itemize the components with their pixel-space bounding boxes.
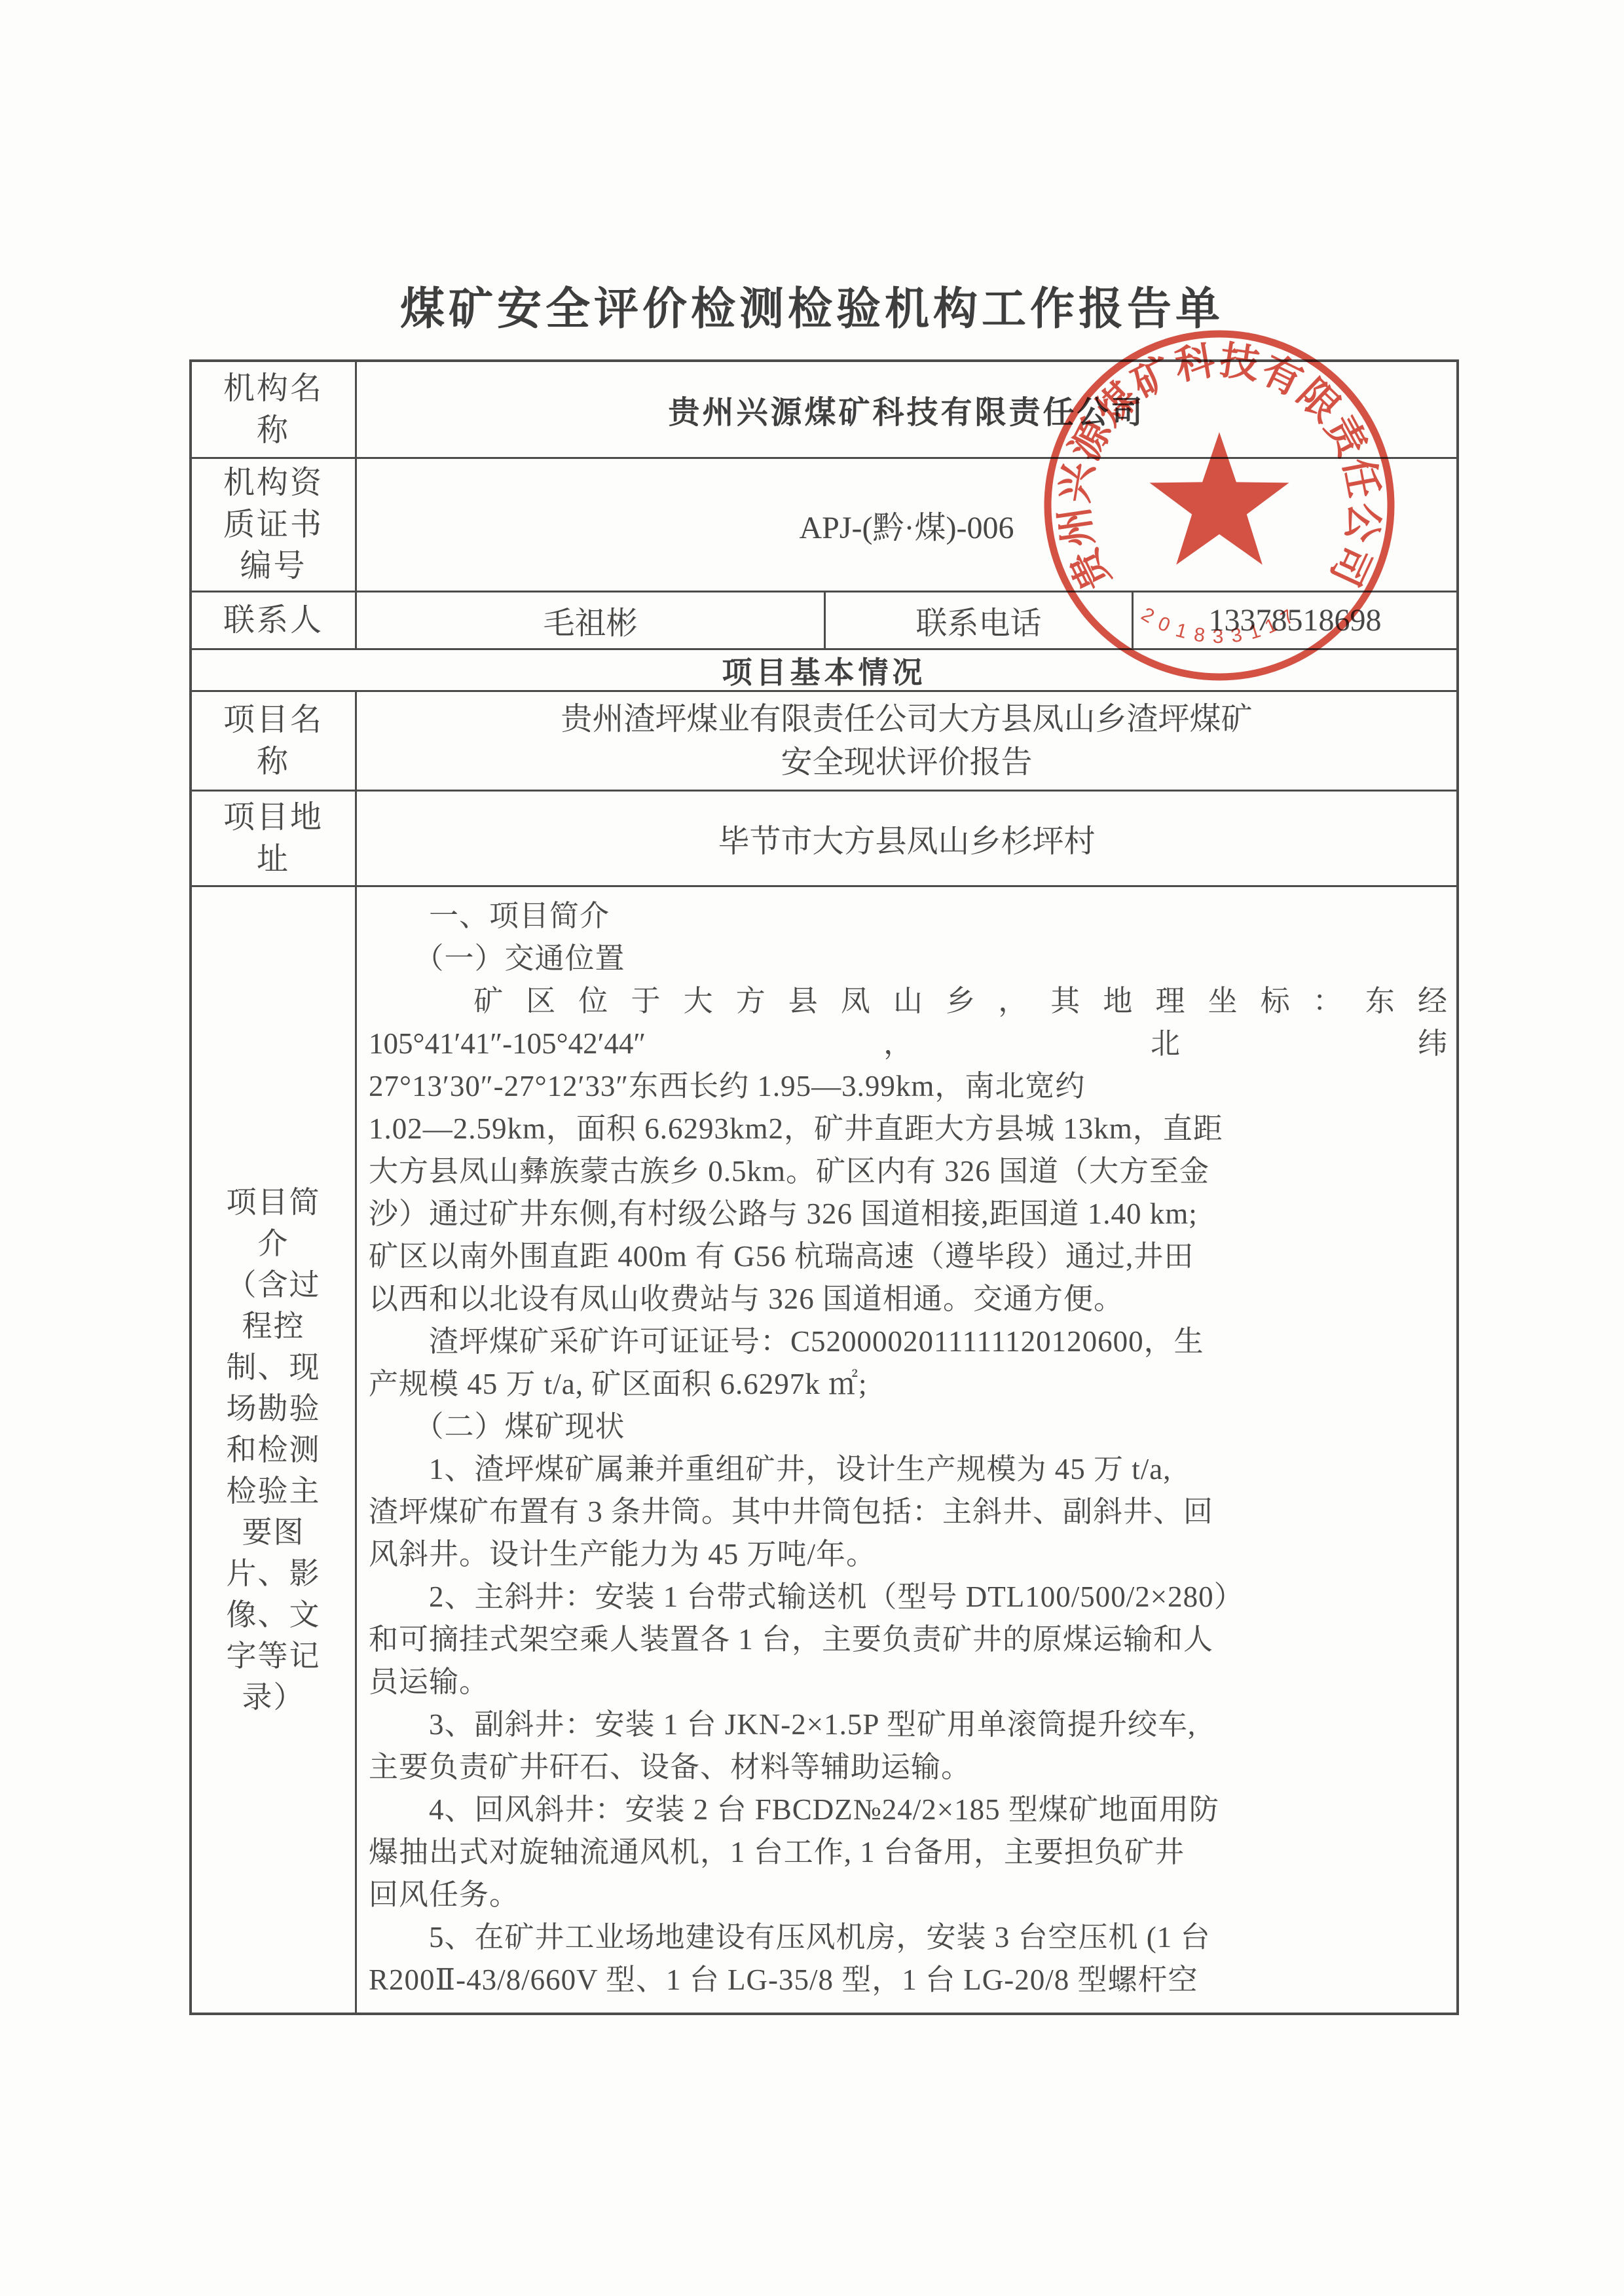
contact-name: 毛祖彬 bbox=[357, 592, 826, 648]
project-name-label: 项目名称 bbox=[218, 699, 329, 782]
project-name-label-cell: 项目名称 bbox=[192, 692, 357, 790]
intro-body-line: 105°41′41″-105°42′44″，北纬 bbox=[369, 1023, 1447, 1065]
report-table: 机构名称 贵州兴源煤矿科技有限责任公司 机构资质证书编号 APJ-(黔·煤)-0… bbox=[189, 359, 1459, 2015]
intro-label-line: 制、现 bbox=[227, 1347, 321, 1388]
contact-label: 联系人 bbox=[218, 600, 329, 641]
intro-body-line: 1、渣坪煤矿属兼并重组矿井，设计生产规模为 45 万 t/a, bbox=[369, 1448, 1447, 1491]
table-row-contact: 联系人 毛祖彬 联系电话 13378518698 bbox=[192, 592, 1456, 650]
contact-label-cell: 联系人 bbox=[192, 592, 357, 648]
intro-body-line: 1.02—2.59km，面积 6.6293km2，矿井直距大方县城 13km，直… bbox=[369, 1108, 1447, 1150]
intro-body-line: 回风任务。 bbox=[369, 1874, 1447, 1916]
intro-body-line: 员运输。 bbox=[369, 1661, 1447, 1704]
project-name-line: 安全现状评价报告 bbox=[357, 741, 1456, 784]
org-name-value: 贵州兴源煤矿科技有限责任公司 bbox=[357, 362, 1456, 457]
project-address-value: 毕节市大方县凤山乡杉坪村 bbox=[357, 792, 1456, 885]
table-row-cert: 机构资质证书编号 APJ-(黔·煤)-006 bbox=[192, 459, 1456, 592]
intro-label-line: 检验主 bbox=[227, 1470, 321, 1512]
intro-body-line: 和可摘挂式架空乘人装置各 1 台，主要负责矿井的原煤运输和人 bbox=[369, 1618, 1447, 1661]
intro-body-line: 沙）通过矿井东侧,有村级公路与 326 国道相接,距国道 1.40 km; bbox=[369, 1193, 1447, 1235]
intro-label: 项目简介（含过程控制、现场勘验和检测检验主要图片、影像、文字等记录） bbox=[192, 887, 357, 2013]
intro-body-line: 渣坪煤矿布置有 3 条井筒。其中井筒包括：主斜井、副斜井、回 bbox=[369, 1491, 1447, 1533]
intro-body-line: （一）交通位置 bbox=[369, 938, 1447, 980]
intro-label-line: 场勘验 bbox=[227, 1388, 321, 1429]
intro-label-line: 要图 bbox=[242, 1512, 305, 1553]
intro-body-text: 一、项目简介 （一）交通位置 矿区位于大方县凤山乡，其地理坐标：东经105°41… bbox=[357, 887, 1456, 2013]
intro-body-line: 风斜井。设计生产能力为 45 万吨/年。 bbox=[369, 1533, 1447, 1576]
org-name-label-cell: 机构名称 bbox=[192, 362, 357, 457]
cert-label-cell: 机构资质证书编号 bbox=[192, 459, 357, 591]
phone-number: 13378518698 bbox=[1134, 592, 1456, 648]
intro-body-line: 3、副斜井：安装 1 台 JKN-2×1.5P 型矿用单滚筒提升绞车, bbox=[369, 1704, 1447, 1746]
intro-body-line: 矿区以南外围直距 400m 有 G56 杭瑞高速（遵毕段）通过,井田 bbox=[369, 1235, 1447, 1278]
phone-label: 联系电话 bbox=[826, 592, 1134, 648]
intro-label-line: 介 bbox=[258, 1223, 289, 1264]
intro-label-line: 片、影 bbox=[227, 1553, 321, 1594]
page-title: 煤矿安全评价检测检验机构工作报告单 bbox=[0, 274, 1624, 337]
org-name-label: 机构名称 bbox=[218, 368, 329, 451]
intro-body-line: 主要负责矿井矸石、设备、材料等辅助运输。 bbox=[369, 1746, 1447, 1789]
table-row-section-header: 项目基本情况 bbox=[192, 650, 1456, 692]
project-address-label: 项目地址 bbox=[218, 797, 329, 880]
intro-body-line: 27°13′30″-27°12′33″东西长约 1.95—3.99km，南北宽约 bbox=[369, 1065, 1447, 1108]
intro-body-line: 大方县凤山彝族蒙古族乡 0.5km。矿区内有 326 国道（大方至金 bbox=[369, 1150, 1447, 1193]
intro-body-line: 2、主斜井：安装 1 台带式输送机（型号 DTL100/500/2×280） bbox=[369, 1576, 1447, 1618]
intro-label-line: 像、文 bbox=[227, 1594, 321, 1635]
table-row-intro: 项目简介（含过程控制、现场勘验和检测检验主要图片、影像、文字等记录） 一、项目简… bbox=[192, 887, 1456, 2013]
project-address-label-cell: 项目地址 bbox=[192, 792, 357, 885]
intro-body-line: 一、项目简介 bbox=[369, 895, 1447, 938]
intro-body-line: （二）煤矿现状 bbox=[369, 1406, 1447, 1448]
intro-body-line: 爆抽出式对旋轴流通风机，1 台工作, 1 台备用，主要担负矿井 bbox=[369, 1831, 1447, 1874]
section-header: 项目基本情况 bbox=[192, 650, 1456, 690]
intro-body-line: R200Ⅱ-43/8/660V 型、1 台 LG-35/8 型，1 台 LG-2… bbox=[369, 1959, 1447, 2001]
cert-value: APJ-(黔·煤)-006 bbox=[357, 459, 1456, 591]
intro-label-line: 和检测 bbox=[227, 1429, 321, 1470]
scanned-report-page: 煤矿安全评价检测检验机构工作报告单 机构名称 贵州兴源煤矿科技有限责任公司 机构… bbox=[0, 0, 1624, 2296]
intro-label-line: 项目简 bbox=[227, 1182, 321, 1223]
intro-body-line: 5、在矿井工业场地建设有压风机房，安装 3 台空压机 (1 台 bbox=[369, 1916, 1447, 1959]
intro-label-line: 录） bbox=[242, 1677, 305, 1718]
table-row-org-name: 机构名称 贵州兴源煤矿科技有限责任公司 bbox=[192, 362, 1456, 459]
project-name-value: 贵州渣坪煤业有限责任公司大方县凤山乡渣坪煤矿安全现状评价报告 bbox=[357, 692, 1456, 790]
intro-label-line: 字等记 bbox=[227, 1635, 321, 1677]
cert-label: 机构资质证书编号 bbox=[218, 462, 329, 587]
intro-label-line: 程控 bbox=[242, 1305, 305, 1347]
intro-body-line: 渣坪煤矿采矿许可证证号：C5200002011111120120600，生 bbox=[369, 1321, 1447, 1363]
project-name-line: 贵州渣坪煤业有限责任公司大方县凤山乡渣坪煤矿 bbox=[357, 698, 1456, 741]
table-row-project-address: 项目地址 毕节市大方县凤山乡杉坪村 bbox=[192, 792, 1456, 887]
intro-body-line: 以西和以北设有凤山收费站与 326 国道相通。交通方便。 bbox=[369, 1278, 1447, 1321]
intro-body-line: 矿区位于大方县凤山乡，其地理坐标：东经 bbox=[369, 980, 1447, 1023]
table-row-project-name: 项目名称 贵州渣坪煤业有限责任公司大方县凤山乡渣坪煤矿安全现状评价报告 bbox=[192, 692, 1456, 792]
intro-body-line: 4、回风斜井：安装 2 台 FBCDZ№24/2×185 型煤矿地面用防 bbox=[369, 1789, 1447, 1831]
intro-label-line: （含过 bbox=[227, 1264, 321, 1305]
intro-body-line: 产规模 45 万 t/a, 矿区面积 6.6297k ㎡; bbox=[369, 1363, 1447, 1406]
